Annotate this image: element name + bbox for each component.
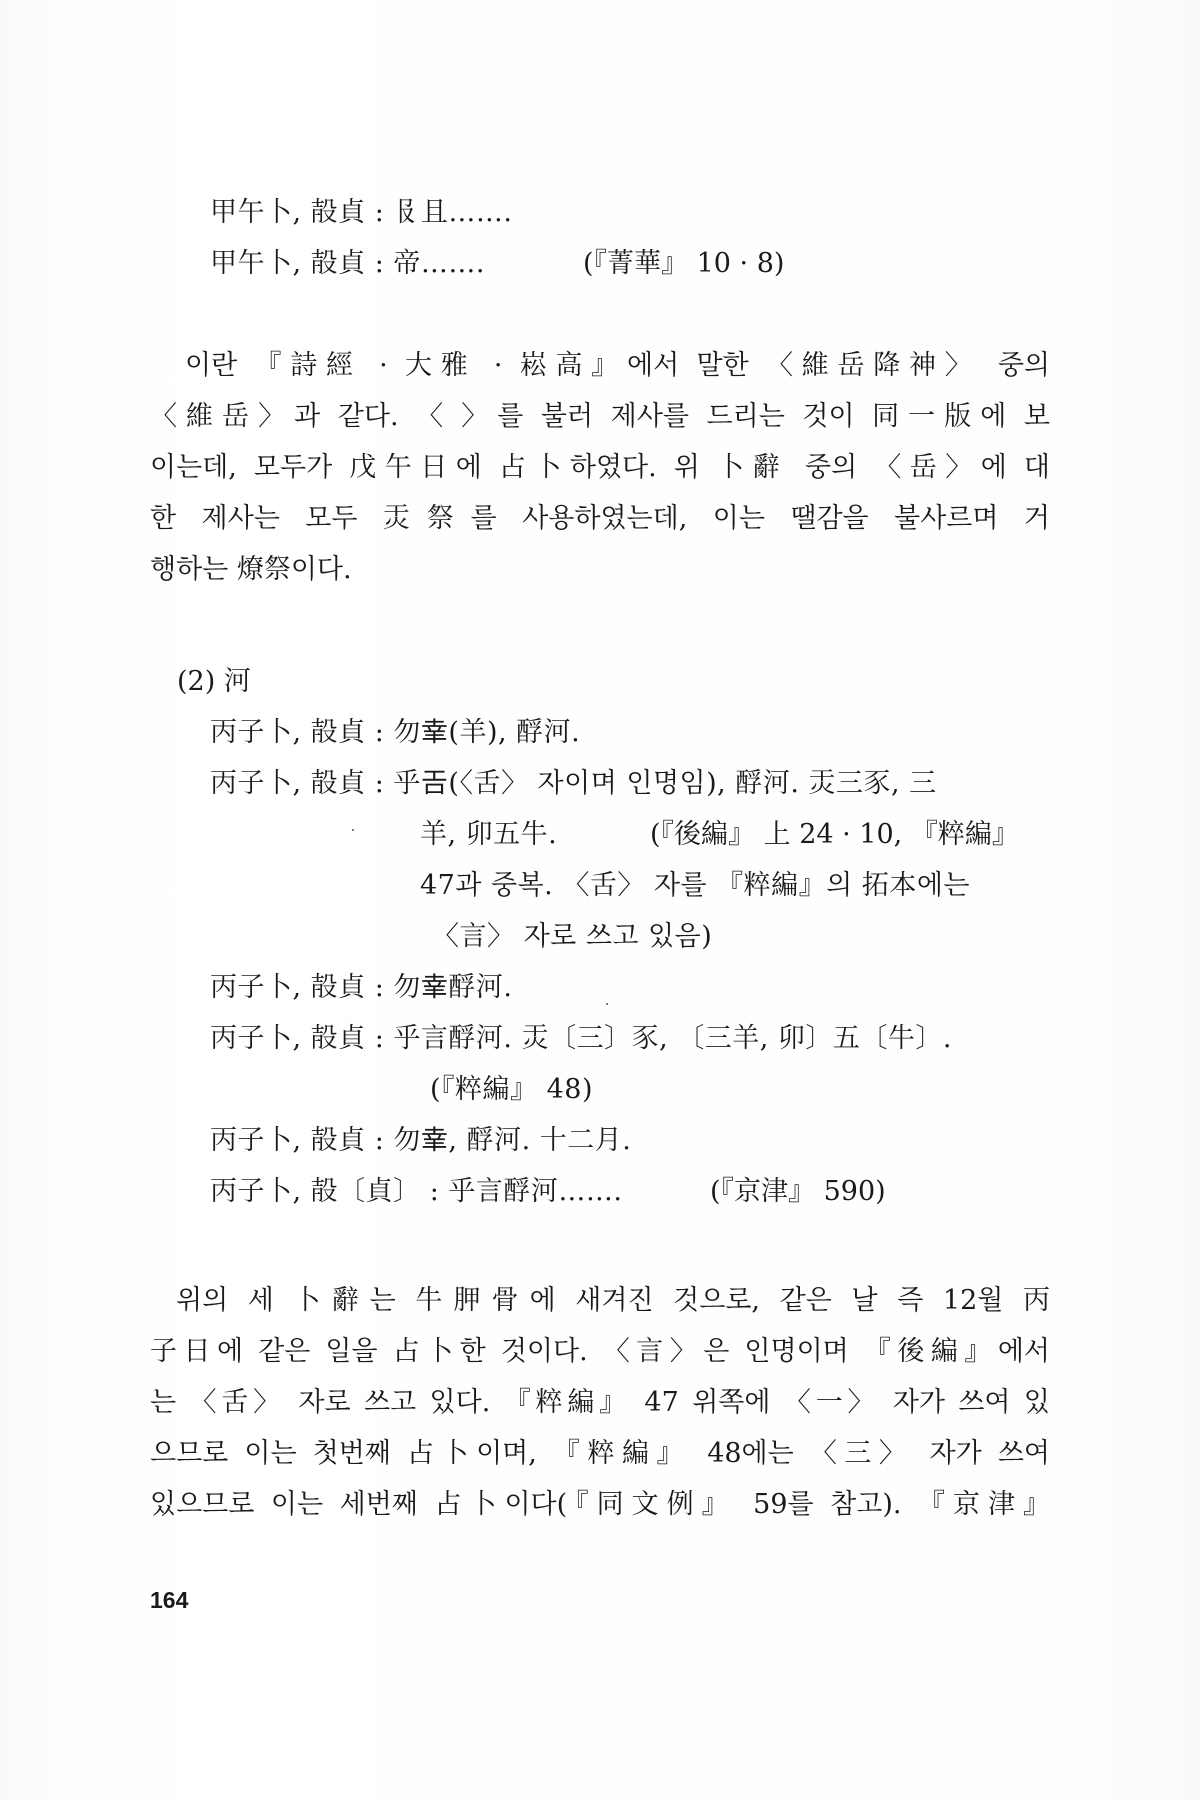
citation-reference: (『粹編』 48) (430, 1073, 593, 1107)
inscription-line: 甲午卜, 㱿貞 : 𠬝且……. (210, 196, 513, 230)
paragraph-line: 이는데, 모두가 戊午日에 占卜하였다. 위 卜辭 중의 〈岳〉에 대 (150, 451, 1050, 485)
paragraph-line: 으므로 이는 첫번째 占卜이며, 『粹編』 48에는 〈三〉 자가 쓰여 (150, 1437, 1050, 1471)
document-page: 甲午卜, 㱿貞 : 𠬝且……. 甲午卜, 㱿貞 : 帝……. (『菁華』 10 … (0, 0, 1200, 1800)
inscription-line: 丙子卜, 㱿貞 : 乎言酻河. 㶣〔三〕豕, 〔三羊, 卯〕五〔牛〕. (210, 1022, 952, 1056)
section-heading: (2) 河 (177, 665, 251, 699)
inscription-line: 丙子卜, 㱿貞 : 勿𦍒酻河. (210, 971, 513, 1005)
inscription-line: 丙子卜, 㱿貞 : 勿𦍒, 酻河. 十二月. (210, 1124, 631, 1158)
inscription-line: 丙子卜, 㱿〔貞〕 : 乎言酻河……. (210, 1175, 623, 1209)
inscription-note-line: 〈言〉 자로 쓰고 있음) (432, 920, 712, 954)
paragraph-line: 는 〈舌〉 자로 쓰고 있다. 『粹編』 47 위쪽에 〈一〉 자가 쓰여 있 (150, 1386, 1050, 1420)
paragraph-line: 〈𡆥岳〉이란 『詩經 · 大雅 · 崧高』에서 말한 〈維岳降神〉 중의 (150, 349, 1050, 383)
inscription-line: 丙子卜, 㱿貞 : 勿𦍒(羊), 酻河. (210, 716, 580, 750)
paragraph-line: 위의 세 卜辭는 牛胛骨에 새겨진 것으로, 같은 날 즉 12월 丙 (150, 1284, 1050, 1318)
scan-speck (352, 829, 354, 831)
inscription-line: 丙子卜, 㱿貞 : 乎𢀛(〈舌〉 자이며 인명임), 酻河. 㶣三豕, 三 (210, 767, 937, 801)
citation-reference: (『後編』 上 24 · 10, 『粹編』 (650, 818, 1019, 852)
page-number: 164 (150, 1586, 188, 1614)
inscription-line: 甲午卜, 㱿貞 : 帝……. (210, 247, 485, 281)
paragraph-line: 〈維岳〉과 같다. 〈𡴀〉를 불러 제사를 드리는 것이 同一版에 보 (150, 400, 1050, 434)
paragraph-line: 있으므로 이는 세번째 占卜이다(『同文例』 59를 참고). 『京津』 (150, 1488, 1050, 1522)
citation-reference: (『京津』 590) (710, 1175, 886, 1209)
paragraph-line: 子日에 같은 일을 占卜한 것이다. 〈言〉은 인명이며 『後編』에서 (150, 1335, 1050, 1369)
citation-reference: (『菁華』 10 · 8) (583, 247, 784, 281)
paragraph-line: 행하는 燎祭이다. (150, 553, 1050, 587)
inscription-line: 羊, 卯五牛. (420, 818, 557, 852)
scan-speck (606, 1003, 608, 1005)
inscription-note-line: 47과 중복. 〈舌〉 자를 『粹編』의 拓本에는 (420, 869, 970, 903)
paragraph-line: 한 제사는 모두 㶣祭를 사용하였는데, 이는 땔감을 불사르며 거 (150, 502, 1050, 536)
